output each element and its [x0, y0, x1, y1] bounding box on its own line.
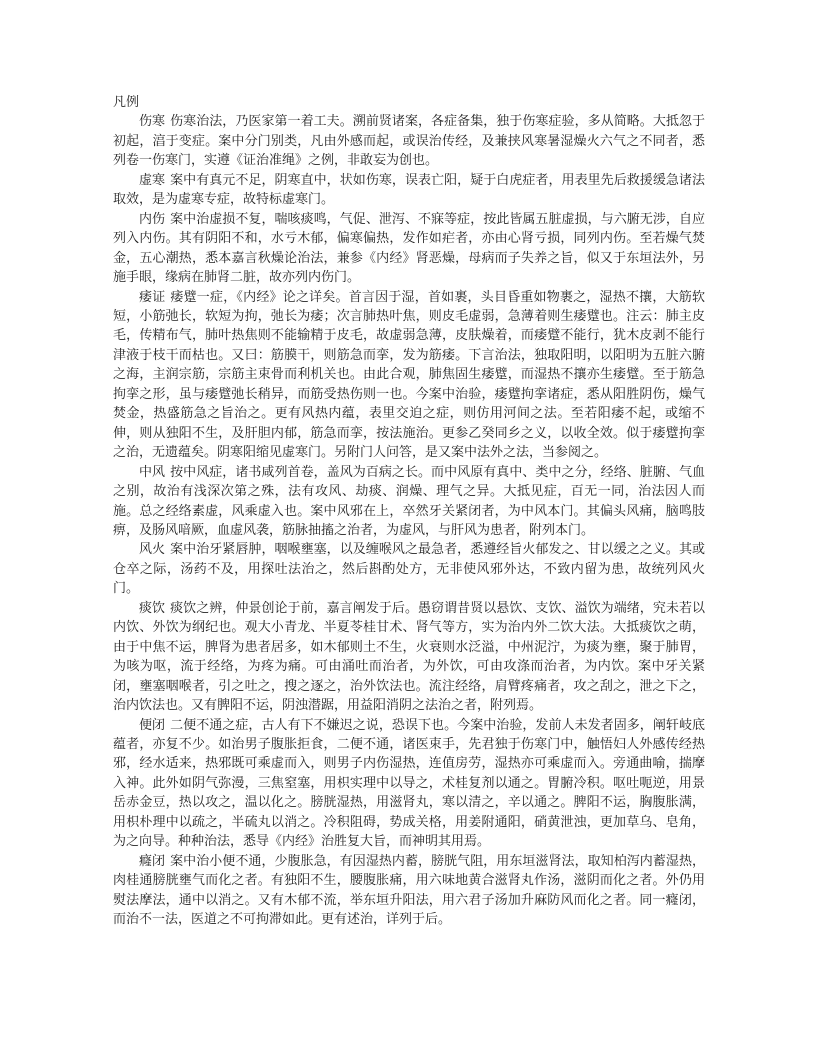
paragraph-text: 案中有真元不足，阴寒直中，状如伤寒，误表亡阳，疑于白虎症者，用表里先后救援缓急诸…	[113, 172, 705, 206]
paragraph-text: 二便不通之症，古人有下不嫌迟之说，恐误下也。今案中治验，发前人未发者固多，阐轩岐…	[113, 717, 705, 849]
paragraph-xuhan: 虚寒案中有真元不足，阴寒直中，状如伤寒，误表亡阳，疑于白虎症者，用表里先后救援缓…	[113, 170, 705, 209]
page-title: 凡例	[113, 92, 705, 111]
section-term-fenghuo: 风火	[139, 541, 165, 556]
paragraph-tanyin: 痰饮痰饮之辨，仲景创论于前，嘉言阐发于后。愚窃谓昔贤以悬饮、支饮、溢饮为端绪，究…	[113, 598, 705, 715]
paragraph-zhongfeng: 中风按中风症，诸书咸列首卷，盖风为百病之长。而中风原有真中、类中之分，经络、脏腑…	[113, 462, 705, 540]
section-term-weizheng: 痿证	[139, 289, 165, 304]
paragraph-text: 伤寒治法，乃医家第一着工夫。溯前贤诸案，各症备集，独于伤寒症验，多从简略。大抵忽…	[113, 113, 705, 167]
section-term-zhongfeng: 中风	[139, 464, 165, 479]
section-term-shanghan: 伤寒	[139, 113, 165, 128]
paragraph-text: 案中治牙紧唇肿，咽喉壅塞，以及缠喉风之最急者，悉遵经旨火郁发之、甘以缓之之义。其…	[113, 541, 705, 595]
paragraph-text: 按中风症，诸书咸列首卷，盖风为百病之长。而中风原有真中、类中之分，经络、脏腑、气…	[113, 464, 705, 537]
paragraph-text: 痰饮之辨，仲景创论于前，嘉言阐发于后。愚窃谓昔贤以悬饮、支饮、溢饮为端绪，究未若…	[113, 600, 705, 712]
paragraph-shanghan: 伤寒伤寒治法，乃医家第一着工夫。溯前贤诸案，各症备集，独于伤寒症验，多从简略。大…	[113, 111, 705, 169]
section-term-longbi: 癃闭	[139, 853, 165, 868]
text-block: 凡例 伤寒伤寒治法，乃医家第一着工夫。溯前贤诸案，各症备集，独于伤寒症验，多从简…	[113, 92, 705, 928]
section-term-tanyin: 痰饮	[139, 600, 165, 615]
paragraph-longbi: 癃闭案中治小便不通，少腹胀急，有因湿热内蓄，膀胱气阻，用东垣滋肾法，取知柏泻内蓄…	[113, 851, 705, 929]
section-term-neishang: 内伤	[139, 211, 165, 226]
paragraph-fenghuo: 风火案中治牙紧唇肿，咽喉壅塞，以及缠喉风之最急者，悉遵经旨火郁发之、甘以缓之之义…	[113, 539, 705, 597]
paragraph-neishang: 内伤案中治虚损不复，喘咳痰鸣，气促、泄泻、不寐等症，按此皆属五脏虚损，与六腑无涉…	[113, 209, 705, 287]
paragraph-text: 痿躄一症，《内经》论之详矣。首言因于湿，首如裹，头目昏重如物裹之，湿热不攘，大筋…	[113, 289, 705, 460]
section-term-bianbi: 便闭	[139, 717, 165, 732]
paragraph-weizheng: 痿证痿躄一症，《内经》论之详矣。首言因于湿，首如裹，头目昏重如物裹之，湿热不攘，…	[113, 287, 705, 462]
section-term-xuhan: 虚寒	[139, 172, 165, 187]
paragraph-bianbi: 便闭二便不通之症，古人有下不嫌迟之说，恐误下也。今案中治验，发前人未发者固多，阐…	[113, 715, 705, 851]
paragraph-text: 案中治小便不通，少腹胀急，有因湿热内蓄，膀胱气阻，用东垣滋肾法，取知柏泻内蓄湿热…	[113, 853, 705, 926]
document-page: { "page": { "title": "凡例", "paragraphs":…	[0, 0, 816, 1056]
paragraph-text: 案中治虚损不复，喘咳痰鸣，气促、泄泻、不寐等症，按此皆属五脏虚损，与六腑无涉，自…	[113, 211, 705, 284]
